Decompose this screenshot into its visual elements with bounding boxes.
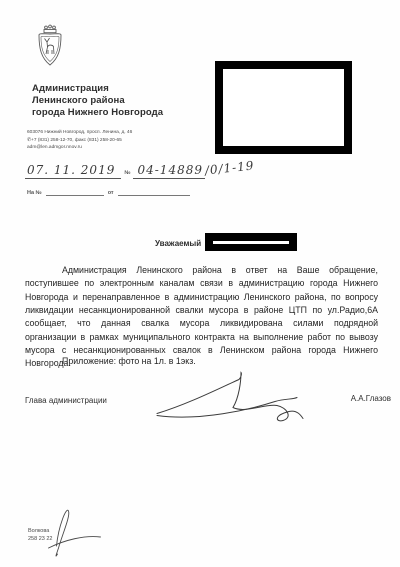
signer-title: Глава администрации xyxy=(25,396,107,405)
org-name-line: Администрация xyxy=(32,83,163,95)
recipient-redaction-box xyxy=(215,61,352,154)
signer-name: А.А.Глазов xyxy=(351,394,391,403)
org-name-line: города Нижнего Новгорода xyxy=(32,107,163,119)
incoming-reference-row: На №от xyxy=(27,189,190,196)
scanned-letter-page: Администрация Ленинского района города Н… xyxy=(0,0,400,567)
signature-scribble-icon xyxy=(155,371,305,424)
recipient-name-redaction-bar xyxy=(205,233,297,251)
redaction-white-stripe xyxy=(213,241,289,244)
address-email: adm@len.admgor.nnov.ru xyxy=(27,144,132,152)
reply-date-blank xyxy=(118,189,190,196)
outgoing-reference-row: 07. 11. 2019№04-14889/0/1-19 xyxy=(25,161,255,183)
address-phone: ✆+7 (831) 258-12-70, факс (831) 258-20-6… xyxy=(27,137,132,145)
reply-date-label: от xyxy=(108,190,114,196)
letter-body-paragraph: Администрация Ленинского района в ответ … xyxy=(25,264,378,371)
address-postal: 603076 Нижний Новгород, просп. Ленина, д… xyxy=(27,129,132,137)
attachment-note: Приложение: фото на 1л. в 1экз. xyxy=(62,356,196,366)
reply-number-blank xyxy=(46,189,104,196)
handwritten-date: 07. 11. 2019 xyxy=(25,163,121,179)
org-name-line: Ленинского района xyxy=(32,95,163,107)
org-name: Администрация Ленинского района города Н… xyxy=(32,83,163,118)
salutation-label: Уважаемый xyxy=(155,239,201,248)
reply-number-label: На № xyxy=(27,190,42,196)
org-address: 603076 Нижний Новгород, просп. Ленина, д… xyxy=(27,129,132,152)
handwritten-number: 04-14889 xyxy=(133,163,205,179)
number-sign-label: № xyxy=(124,170,130,176)
coat-of-arms-icon xyxy=(35,24,65,70)
handwritten-number-tail: /0/1-19 xyxy=(204,158,255,177)
executor-initial-scribble-icon xyxy=(40,502,106,560)
